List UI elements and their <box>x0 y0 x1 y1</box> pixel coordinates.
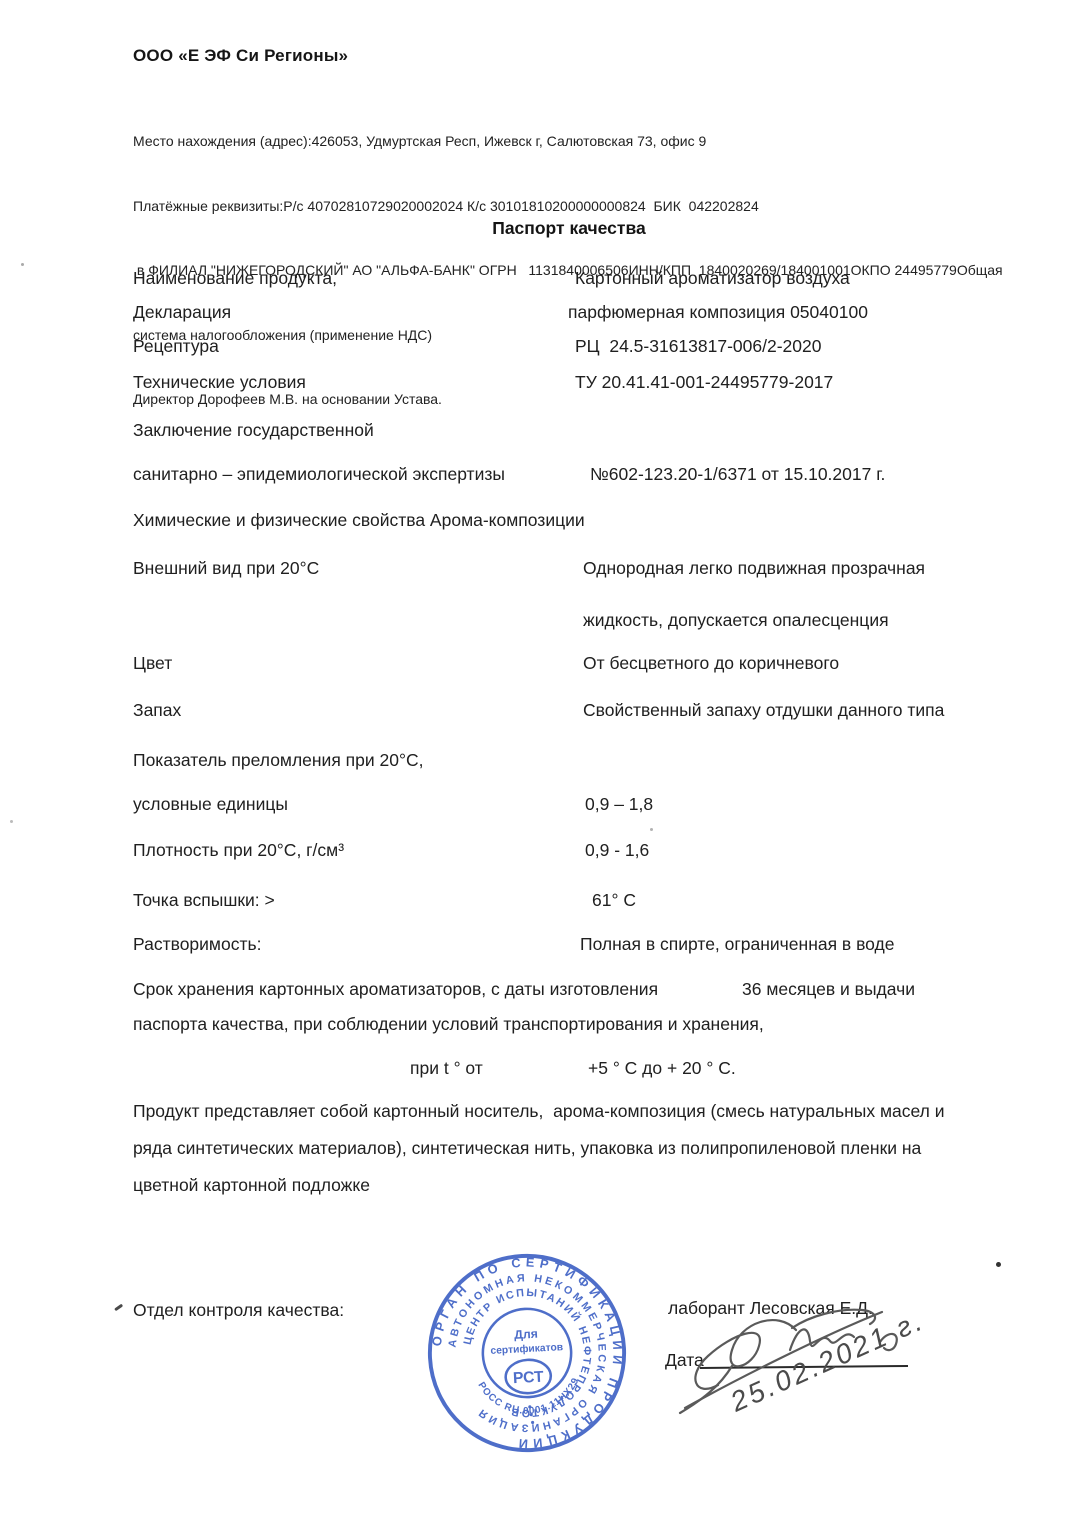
spec-value: РЦ 24.5-31613817-006/2-2020 <box>575 336 821 357</box>
spec-label: Заключение государственной <box>133 420 374 441</box>
spec-label: Внешний вид при 20°С <box>133 558 319 579</box>
scan-artifact-dot <box>10 820 13 823</box>
spec-label: Рецептура <box>133 336 219 357</box>
spec-value: 0,9 - 1,6 <box>585 840 649 861</box>
spec-value: ТУ 20.41.41-001-24495779-2017 <box>575 372 833 393</box>
storage-temp-value: +5 ° С до + 20 ° С. <box>588 1058 736 1079</box>
scan-artifact-dot <box>21 263 24 266</box>
spec-label: Плотность при 20°С, г/см³ <box>133 840 344 861</box>
storage-line2: паспорта качества, при соблюдении услови… <box>133 1014 764 1035</box>
company-detail-line: Место нахождения (адрес):426053, Удмуртс… <box>133 131 1003 153</box>
spec-label: Наименование продукта, <box>133 268 337 289</box>
spec-label: Декларация <box>133 302 231 323</box>
spec-value: Однородная легко подвижная прозрачная <box>583 558 925 579</box>
spec-value: От бесцветного до коричневого <box>583 653 839 674</box>
product-description-line: ряда синтетических материалов), синтетич… <box>133 1138 921 1159</box>
qc-department-label: Отдел контроля качества: <box>133 1300 344 1321</box>
spec-label: условные единицы <box>133 794 288 815</box>
storage-temp-label: при t ° от <box>410 1058 483 1079</box>
certification-stamp: ОРГАН ПО СЕРТИФИКАЦИИ ПРОДУКЦИИ АВТОНОМН… <box>419 1245 635 1461</box>
spec-value: Свойственный запаху отдушки данного типа <box>583 700 944 721</box>
spec-value: 61° С <box>592 890 636 911</box>
spec-label: Точка вспышки: > <box>133 890 275 911</box>
company-detail-line: система налогообложения (применение НДС) <box>133 325 1003 347</box>
spec-label: Технические условия <box>133 372 306 393</box>
storage-line1-label: Срок хранения картонных ароматизаторов, … <box>133 979 658 1000</box>
page-title: Паспорт качества <box>0 218 1080 239</box>
scan-artifact-tick <box>114 1304 123 1311</box>
spec-label: Запах <box>133 700 181 721</box>
rst-logo-text: РСТ <box>513 1369 545 1388</box>
product-description-line: цветной картонной подложке <box>133 1175 370 1196</box>
section-heading: Химические и физические свойства Арома-к… <box>133 510 585 531</box>
spec-label: санитарно – эпидемиологической экспертиз… <box>133 464 505 485</box>
company-name: ООО «Е ЭФ Си Регионы» <box>133 46 348 66</box>
spec-value: Картонный ароматизатор воздуха <box>575 268 850 289</box>
spec-value: жидкость, допускается опалесценция <box>583 610 889 631</box>
signature-block: 25.02.2021 г. <box>640 1280 970 1470</box>
spec-label: Показатель преломления при 20°С, <box>133 750 424 771</box>
spec-value: 0,9 – 1,8 <box>585 794 653 815</box>
handwritten-date: 25.02.2021 г. <box>725 1304 929 1418</box>
product-description-line: Продукт представляет собой картонный нос… <box>133 1101 945 1122</box>
spec-value: парфюмерная композиция 05040100 <box>568 302 868 323</box>
scan-artifact-dot <box>650 828 653 831</box>
spec-value: Полная в спирте, ограниченная в воде <box>580 934 894 955</box>
spec-label: Растворимость: <box>133 934 261 955</box>
stamp-center-bottom: сертификатов <box>490 1341 563 1357</box>
scan-artifact-dot <box>996 1262 1001 1267</box>
spec-label: Цвет <box>133 653 172 674</box>
storage-line1-value: 36 месяцев и выдачи <box>742 979 915 1000</box>
stamp-center-top: Для <box>514 1327 538 1342</box>
spec-value: №602-123.20-1/6371 от 15.10.2017 г. <box>590 464 885 485</box>
company-detail-line: Платёжные реквизиты:Р/с 4070281072902000… <box>133 196 1003 218</box>
document-page: ООО «Е ЭФ Си Регионы» Место нахождения (… <box>0 0 1080 1528</box>
